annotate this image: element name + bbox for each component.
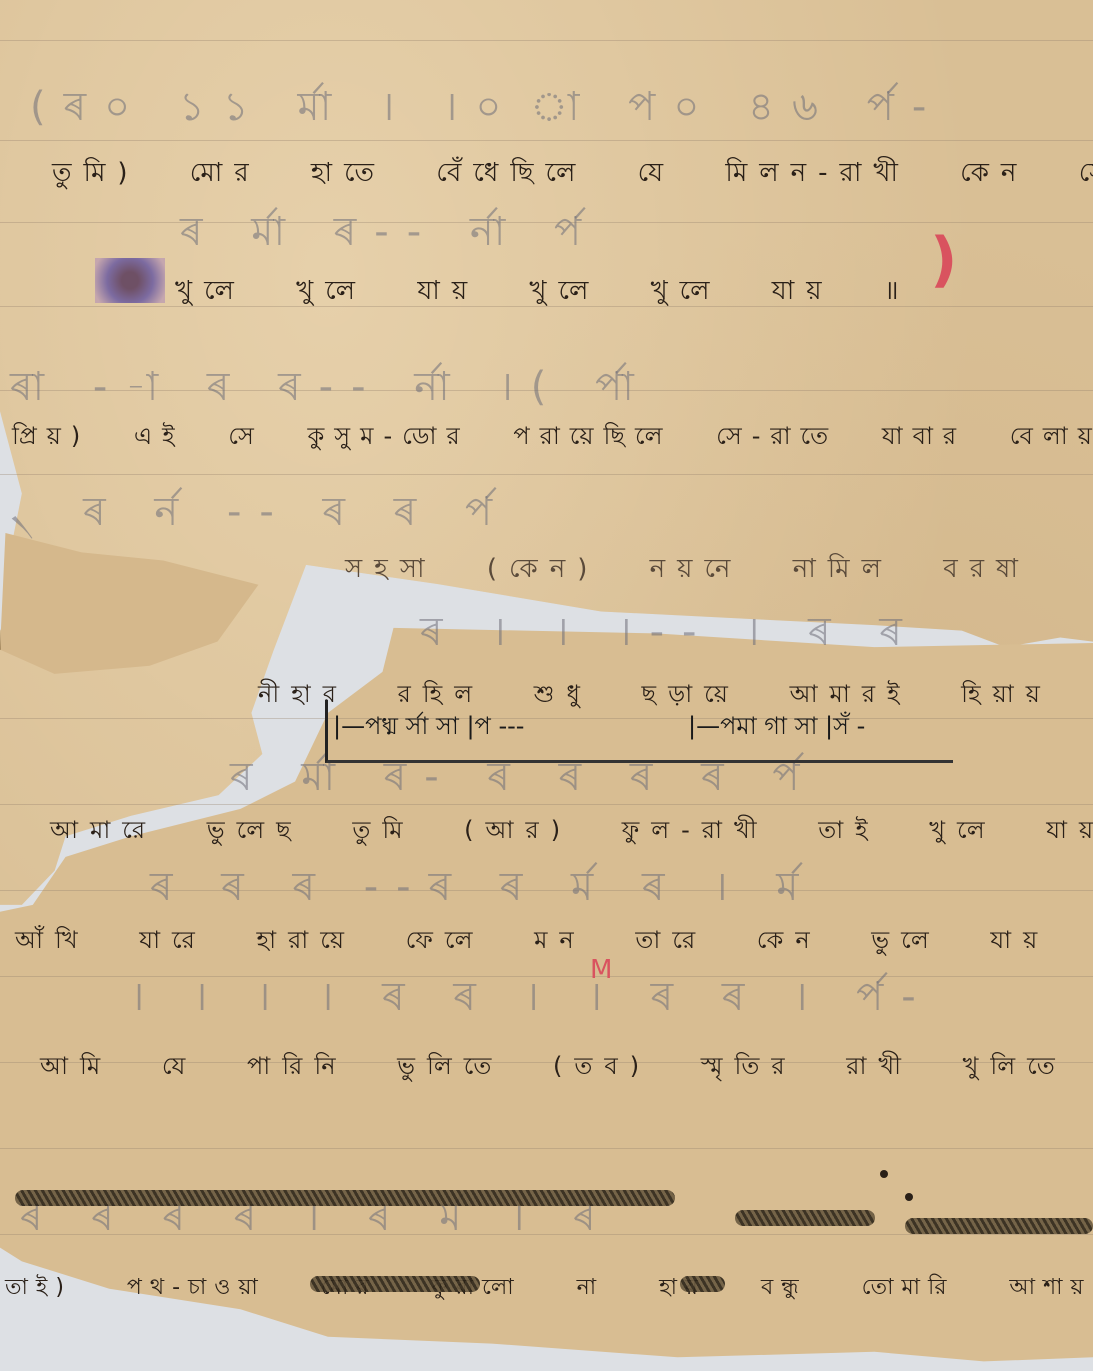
pencil-notation-row: ৰ ৰ্মা ৰ-- ৰ্না ৰ্প [180, 200, 599, 267]
lyric-line-7: আঁখি যারে হারায়ে ফেলে মন তারে কেন ভুলে … [15, 922, 1049, 962]
pencil-notation-row: । । । । ৰ ৰ । । ৰ ৰ । ৰ্প- [130, 965, 934, 1032]
pencil-notation-row: ৰা --া ৰ ৰ-- ৰ্না ।( ৰ্পা [10, 355, 652, 422]
boxed-notation-left: |—পধ্ম র্সা সা |প --- [333, 708, 524, 748]
pencil-notation-row: ৰ । । ।-- । ৰ ৰ [420, 600, 920, 667]
boxed-notation: |—পধ্ম র্সা সা |প --- |—পমা গা সা |সঁ - [325, 700, 953, 763]
crossed-out-text [15, 1190, 675, 1206]
lyric-line-9: তাই) পথ-চাওয়া মোর ফুরালো না হায় বন্ধু … [5, 1270, 1091, 1307]
red-bracket-mark: ) [930, 225, 957, 295]
lyric-line-2: খুলে খুলে যায় খুলে খুলে যায় ॥ [175, 270, 911, 314]
pencil-notation-row: ৲ ৰ ৰ্ন -- ৰ ৰ ৰ্প [10, 480, 510, 547]
lyric-line-6: আমারে ভুলেছ তুমি (আর) ফুল-রাখী তাই খুলে … [50, 812, 1093, 852]
crossed-out-text [735, 1210, 875, 1226]
lyric-line-3: প্রিয়) এই সে কুসুম-ডোর পরায়েছিলে সে-রা… [12, 418, 1093, 458]
crossed-out-text [310, 1276, 480, 1292]
boxed-notation-right: |—পমা গা সা |সঁ - [688, 708, 865, 748]
lyric-line-4: সহসা (কেন) নয়নে নামিল বরষা [345, 548, 1030, 592]
ink-stamp-mark [95, 258, 165, 303]
red-letter-mark: M [590, 955, 612, 985]
lyric-line-1: তুমি) মোর হাতে বেঁধেছিলে যে মিলন-রাখী কে… [52, 152, 1093, 196]
pencil-notation-row: (ৰ০ ১১ ৰ্মা । ।০ া প০ ৪৬ ৰ্প- [30, 75, 944, 142]
pencil-notation-row: ৰ ৰ ৰ --ৰ ৰ ৰ্ম ৰ । ৰ্ম [150, 855, 816, 922]
ink-dot [880, 1170, 888, 1178]
lyric-line-8: আমি যে পারিনি ভুলিতে (তব) স্মৃতির রাখী খ… [40, 1048, 1067, 1088]
ink-dot [905, 1193, 913, 1201]
crossed-out-text [905, 1218, 1093, 1234]
crossed-out-text [680, 1276, 725, 1292]
